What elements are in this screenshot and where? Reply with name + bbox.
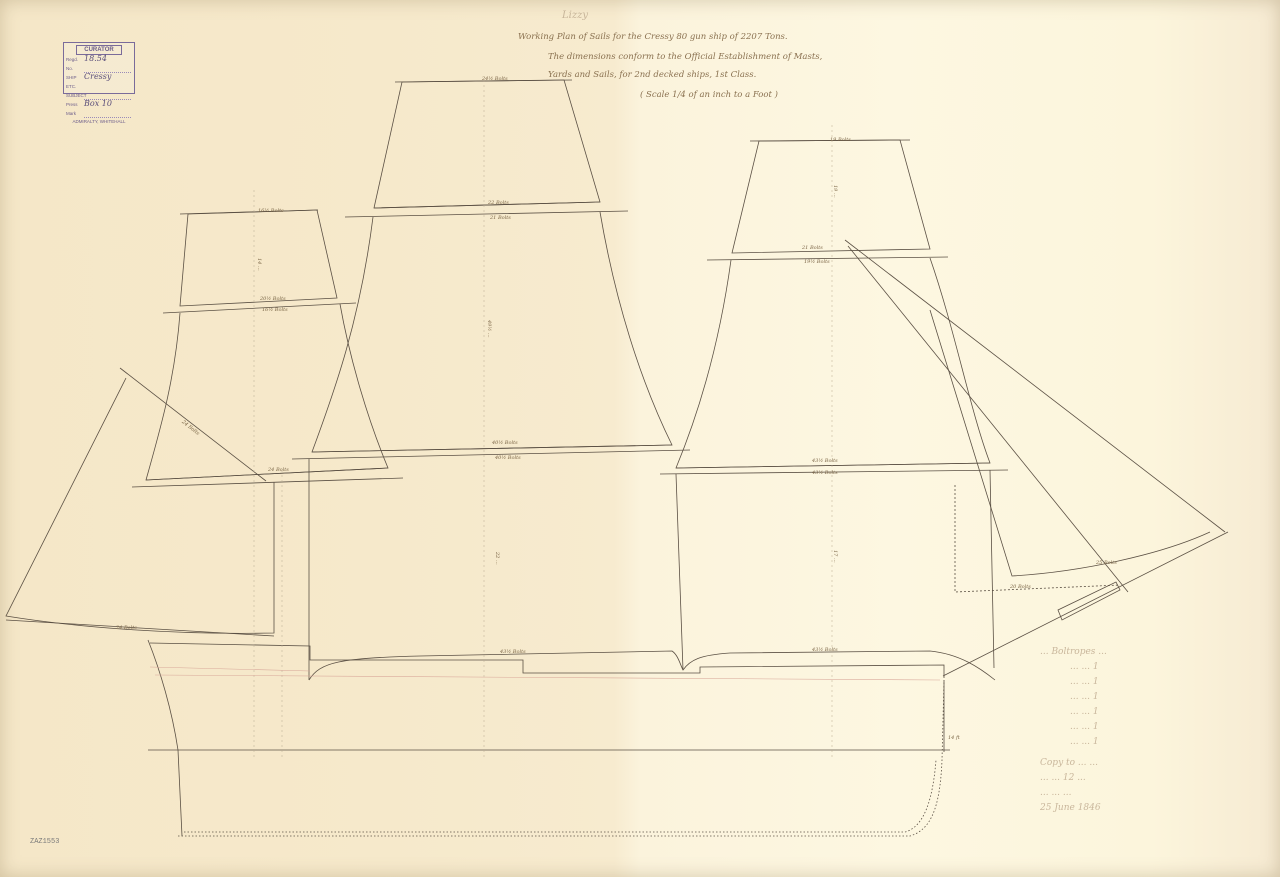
stamp-row-value: Cressy (84, 73, 131, 100)
label-fore-topgallant-foot: 21 Bolts (802, 245, 823, 251)
fore-staysail (955, 485, 1120, 592)
margin-notes: ... Boltropes ... ... ... 1 ... ... 1 ..… (1040, 645, 1107, 816)
margin-note-line: ... ... ... (1040, 786, 1107, 801)
label-jib-foot: 25 Bolts (1096, 560, 1117, 566)
label-main-course-foot: 43½ Bolts (500, 649, 526, 655)
title-line-1: Working Plan of Sails for the Cressy 80 … (518, 32, 788, 42)
label-main-topgallant-head: 24½ Bolts (482, 76, 508, 82)
label-mizzen-topgallant-foot: 20½ Bolts (260, 296, 286, 302)
margin-note-line: ... ... 1 (1040, 660, 1107, 675)
margin-note-line: Copy to ... ... (1040, 756, 1107, 771)
stamp-row-value: 18.54 (84, 55, 131, 73)
label-fore-staysail-foot: 20 Bolts (1010, 584, 1031, 590)
margin-note-line: ... ... 1 (1040, 675, 1107, 690)
fore-topgallant-sail (732, 140, 930, 253)
jib-sail (930, 310, 1210, 576)
label-fore-topsail-foot: 43½ Bolts (812, 458, 838, 464)
fore-course (676, 470, 994, 670)
margin-note-line: ... Boltropes ... (1040, 645, 1107, 660)
label-mizzen-depth: 14 ... (256, 258, 262, 271)
stamp-row: Regd. No. 18.54 (64, 55, 134, 73)
spanker-sail (6, 378, 274, 633)
stamp-row-value: Box 10 (84, 100, 131, 118)
margin-note-line: ... ... 1 (1040, 735, 1107, 750)
margin-note-line: ... ... 1 (1040, 720, 1107, 735)
main-topsail (312, 212, 672, 452)
catalog-number: ZAZ1553 (30, 838, 59, 846)
label-fore-course-foot: 43½ Bolts (812, 647, 838, 653)
label-fore-topgallant-head: 19 Bolts (830, 137, 851, 143)
title-line-4: ( Scale 1/4 of an inch to a Foot ) (640, 90, 778, 100)
margin-note-line: ... ... 1 (1040, 705, 1107, 720)
label-waterline-note: 14 ft (948, 735, 960, 741)
title-line-2: The dimensions conform to the Official E… (548, 52, 822, 62)
label-fore-course-head: 43½ Bolts (812, 470, 838, 476)
label-fore-topsail-head: 19½ Bolts (804, 259, 830, 265)
title-line-3: Yards and Sails, for 2nd decked ships, 1… (548, 70, 756, 80)
label-mizzen-topsail-foot: 24 Bolts (268, 467, 289, 473)
stamp-row-label: Regd. No. (66, 55, 84, 73)
margin-note-date: 25 June 1846 (1040, 801, 1107, 816)
label-mizzen-topgallant-head: 16½ Bolts (258, 208, 284, 214)
label-main-topgallant-foot: 22 Bolts (488, 200, 509, 206)
label-main-topsail-head: 21 Bolts (490, 215, 511, 221)
margin-note-line: ... ... 12 ... (1040, 771, 1107, 786)
label-fore-depth: 19 ... (832, 185, 838, 198)
label-main-depth: 49½ ... (486, 320, 492, 338)
margin-note-line: ... ... 1 (1040, 690, 1107, 705)
hull-stern (148, 640, 182, 836)
stamp-row-label: Press Mark (66, 100, 84, 118)
label-mizzen-topsail-head: 16½ Bolts (262, 307, 288, 313)
main-topgallant-sail (374, 80, 600, 208)
jib-stay (845, 240, 1225, 532)
label-main-course-head: 40½ Bolts (495, 455, 521, 461)
heading-mark: Lizzy (562, 10, 588, 21)
stamp-row: Press Mark Box 10 (64, 100, 134, 118)
hull-keel (178, 680, 944, 836)
label-main-lower-depth: 22 ... (494, 552, 500, 565)
curator-stamp: CURATOR Regd. No. 18.54 SHIP ETC. SUBJEC… (63, 42, 135, 94)
stamp-row: SHIP ETC. SUBJECT Cressy (64, 73, 134, 100)
label-spanker-foot: 24 Bolts (116, 625, 137, 631)
stamp-row-label: SHIP ETC. SUBJECT (66, 73, 84, 100)
label-main-topsail-foot: 40½ Bolts (492, 440, 518, 446)
stamp-footer: ADMIRALTY, WHITEHALL (64, 119, 134, 124)
drawing-sheet: CURATOR Regd. No. 18.54 SHIP ETC. SUBJEC… (0, 0, 1280, 877)
label-fore-lower-depth: 17 ... (832, 550, 838, 563)
